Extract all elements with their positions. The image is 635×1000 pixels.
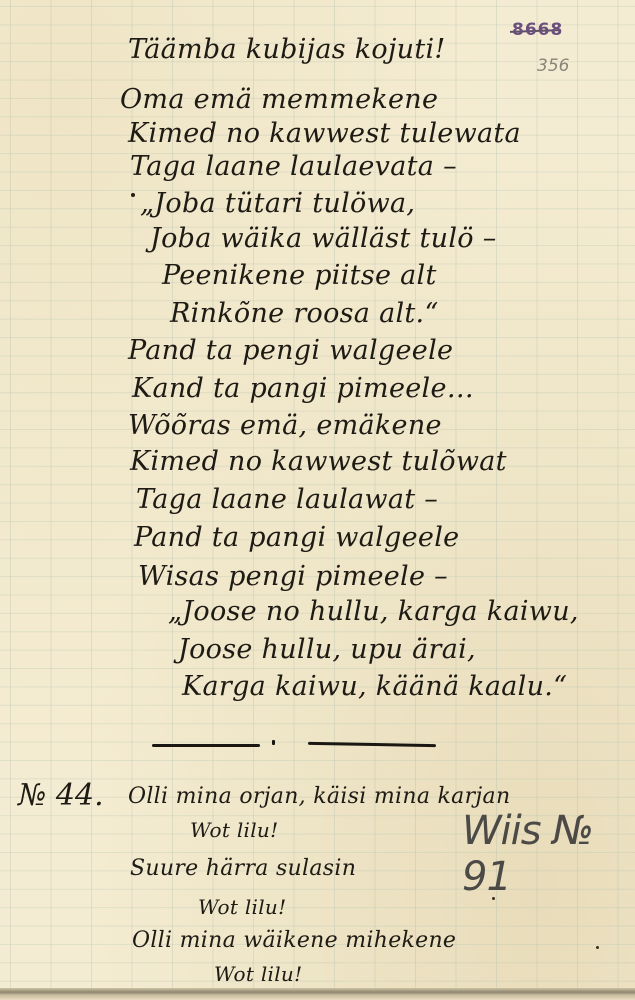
section-divider-left (152, 744, 260, 747)
section-divider-right (308, 742, 436, 747)
poem-line: „Joose no hullu, karga kaiwu, (168, 598, 579, 625)
poem-line: Oma emä memmekene (120, 86, 438, 113)
section-divider-dot (272, 740, 275, 745)
poem-line: Wõõras emä, emäkene (128, 412, 442, 439)
poem-line: Taga laane laulaevata – (130, 153, 457, 180)
ink-speck (492, 897, 495, 900)
margin-dot (131, 193, 135, 197)
ink-speck (596, 946, 599, 949)
poem-line: „Joba tütari tulöwa, (140, 190, 415, 217)
poem-line: Wisas pengi pimeele – (138, 563, 448, 590)
poem-line: Rinkõne roosa alt.“ (170, 300, 439, 327)
poem-refrain: Wot lilu! (198, 897, 286, 917)
entry-number: № 44. (18, 778, 104, 813)
poem-refrain: Wot lilu! (214, 964, 302, 984)
poem-line: Olli mina wäikene mihekene (132, 930, 456, 952)
poem-refrain: Wot lilu! (190, 820, 278, 840)
poem-line: Olli mina orjan, käisi mina karjan (128, 786, 510, 808)
poem-line: Täämba kubijas kojuti! (128, 36, 446, 63)
poem-line: Karga kaiwu, käänä kaalu.“ (182, 673, 567, 700)
melody-reference: Wiis № 91 (462, 808, 635, 900)
poem-line: Kand ta pangi pimeele… (132, 375, 474, 402)
poem-line: Joose hullu, upu ärai, (178, 636, 476, 663)
archive-stamp-number: 8668 (512, 20, 563, 40)
poem-line: Joba wäika wälläst tulö – (150, 225, 497, 252)
poem-line: Suure härra sulasin (130, 858, 356, 880)
poem-line: Pand ta pangi walgeele (134, 524, 459, 551)
poem-line: Kimed no kawwest tulõwat (130, 448, 507, 475)
poem-line: Taga laane laulawat – (136, 486, 438, 513)
page-bottom-edge (0, 988, 635, 1000)
poem-line: Peenikene piitse alt (162, 262, 437, 289)
pencil-page-number: 356 (537, 56, 569, 76)
poem-line: Kimed no kawwest tulewata (128, 120, 521, 147)
poem-line: Pand ta pengi walgeele (128, 337, 453, 364)
manuscript-page: 8668 356 Täämba kubijas kojuti! Oma emä … (0, 0, 635, 990)
